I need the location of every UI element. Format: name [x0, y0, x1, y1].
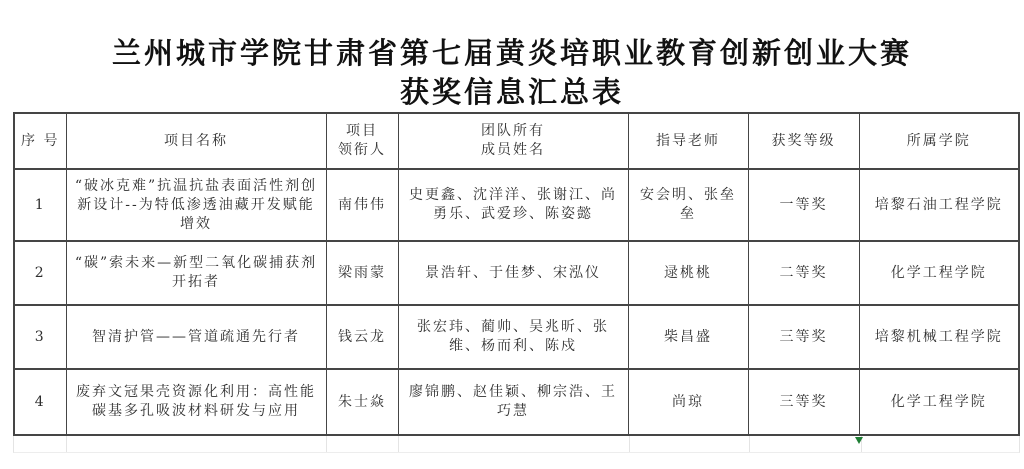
table-row: 4 废弃文冠果壳资源化利用：高性能碳基多孔吸波材料研发与应用 朱士焱 廖锦鹏、赵… — [14, 369, 1019, 435]
green-triangle-marker — [855, 437, 863, 444]
header-award: 获奖等级 — [748, 113, 859, 169]
header-project: 项目名称 — [66, 113, 326, 169]
cell-advisors: 逯桃桃 — [628, 241, 748, 305]
cell-no: 4 — [14, 369, 66, 435]
empty-cell — [67, 436, 327, 452]
cell-college: 培黎石油工程学院 — [859, 169, 1019, 241]
table-row: 2 “碳”索未来—新型二氧化碳捕获剂开拓者 梁雨蒙 景浩轩、于佳梦、宋泓仪 逯桃… — [14, 241, 1019, 305]
cell-no: 3 — [14, 305, 66, 369]
cell-leader: 朱士焱 — [326, 369, 398, 435]
empty-partial-row — [13, 436, 1020, 453]
empty-cell — [630, 436, 751, 452]
cell-advisors: 柴昌盛 — [628, 305, 748, 369]
page-title-line-2: 获奖信息汇总表 — [0, 73, 1024, 112]
cell-award: 三等奖 — [748, 369, 859, 435]
cell-project: 废弃文冠果壳资源化利用：高性能碳基多孔吸波材料研发与应用 — [66, 369, 326, 435]
empty-cell — [399, 436, 629, 452]
page-title-line-1: 兰州城市学院甘肃省第七届黄炎培职业教育创新创业大赛 — [0, 34, 1024, 73]
cell-members: 史更鑫、沈洋洋、张谢江、尚勇乐、武爱珍、陈姿懿 — [398, 169, 628, 241]
empty-cell — [750, 436, 862, 452]
awards-table: 序 号 项目名称 项目 领衔人 团队所有 成员姓名 指导老师 获奖等级 所属学院… — [13, 112, 1020, 436]
document-sheet: 兰州城市学院甘肃省第七届黄炎培职业教育创新创业大赛 获奖信息汇总表 序 号 项目… — [0, 0, 1024, 469]
cell-no: 2 — [14, 241, 66, 305]
cell-college: 培黎机械工程学院 — [859, 305, 1019, 369]
cell-project: 智清护管——管道疏通先行者 — [66, 305, 326, 369]
cell-award: 二等奖 — [748, 241, 859, 305]
cell-members: 景浩轩、于佳梦、宋泓仪 — [398, 241, 628, 305]
empty-cell — [862, 436, 1019, 452]
cell-members: 张宏玮、蔺帅、吴兆昕、张维、杨而利、陈戍 — [398, 305, 628, 369]
header-members: 团队所有 成员姓名 — [398, 113, 628, 169]
cell-project: “碳”索未来—新型二氧化碳捕获剂开拓者 — [66, 241, 326, 305]
cell-no: 1 — [14, 169, 66, 241]
empty-cell — [327, 436, 400, 452]
cell-project: “破冰克难”抗温抗盐表面活性剂创新设计--为特低渗透油藏开发赋能增效 — [66, 169, 326, 241]
header-college: 所属学院 — [859, 113, 1019, 169]
cell-award: 三等奖 — [748, 305, 859, 369]
cell-leader: 梁雨蒙 — [326, 241, 398, 305]
page-title: 兰州城市学院甘肃省第七届黄炎培职业教育创新创业大赛 获奖信息汇总表 — [0, 0, 1024, 112]
cell-college: 化学工程学院 — [859, 369, 1019, 435]
cell-college: 化学工程学院 — [859, 241, 1019, 305]
cell-advisors: 安会明、张垒垒 — [628, 169, 748, 241]
cell-leader: 钱云龙 — [326, 305, 398, 369]
table-header-row: 序 号 项目名称 项目 领衔人 团队所有 成员姓名 指导老师 获奖等级 所属学院 — [14, 113, 1019, 169]
header-leader: 项目 领衔人 — [326, 113, 398, 169]
cell-award: 一等奖 — [748, 169, 859, 241]
cell-leader: 南伟伟 — [326, 169, 398, 241]
table-row: 3 智清护管——管道疏通先行者 钱云龙 张宏玮、蔺帅、吴兆昕、张维、杨而利、陈戍… — [14, 305, 1019, 369]
cell-advisors: 尚琼 — [628, 369, 748, 435]
header-advisors: 指导老师 — [628, 113, 748, 169]
cell-members: 廖锦鹏、赵佳颖、柳宗浩、王巧慧 — [398, 369, 628, 435]
header-no: 序 号 — [14, 113, 66, 169]
empty-cell — [14, 436, 67, 452]
table-row: 1 “破冰克难”抗温抗盐表面活性剂创新设计--为特低渗透油藏开发赋能增效 南伟伟… — [14, 169, 1019, 241]
